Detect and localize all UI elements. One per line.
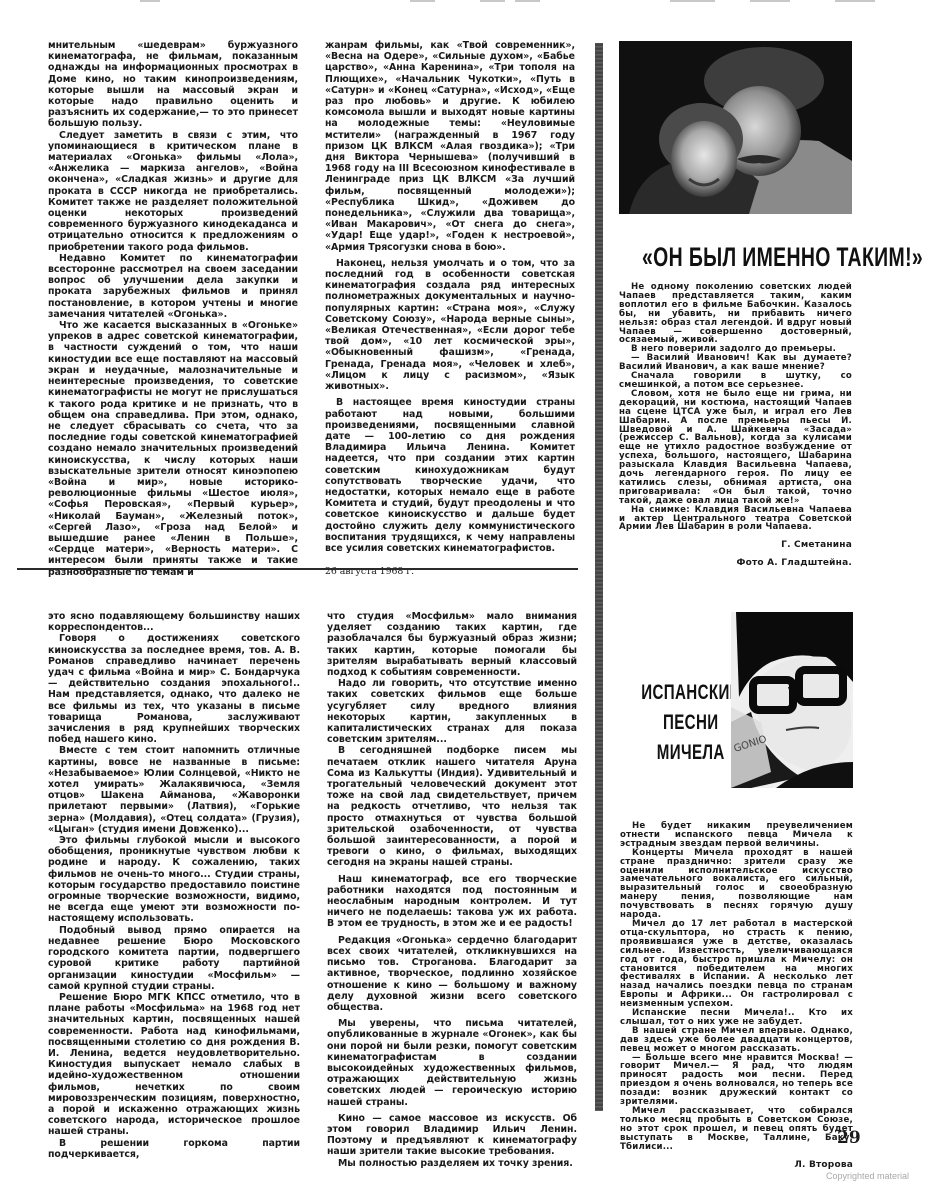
paragraph: — Василий Иванович! Как вы думаете? Васи… <box>619 354 852 372</box>
headline-line: ПЕСНИ МИЧЕЛА <box>636 708 745 768</box>
photo-chapaeva-shabarin <box>619 41 852 214</box>
copyright-watermark: Copyrighted material <box>826 1171 909 1181</box>
paragraph: Словом, хотя не было еще ни грима, ни де… <box>619 390 852 506</box>
paragraph: мнительным «шедеврам» буржуазного кинема… <box>48 40 298 130</box>
upper-article-column-2: жанрам фильмы, как «Твой современник», «… <box>325 40 575 577</box>
paragraph: Мичел рассказывает, что собирался только… <box>620 1107 853 1152</box>
paragraph-text: Работа над кинофильмами, посвященными ст… <box>48 1026 300 1138</box>
vertical-divider-bar <box>595 43 603 1111</box>
paragraph: Редакция «Огонька» сердечно благодарит в… <box>327 935 577 1013</box>
page-number: 29 <box>837 1128 861 1148</box>
paragraph: Следует заметить в связи с этим, что упо… <box>48 130 298 253</box>
scan-mark <box>750 0 790 2</box>
paragraph: Концерты Мичела проходят в нашей стране … <box>620 849 853 920</box>
horizontal-divider <box>17 568 578 570</box>
paragraph: Испанские песни Мичела!.. Кто их слышал,… <box>620 1009 853 1027</box>
paragraph: Мы уверены, что письма читателей, опубли… <box>327 1018 577 1108</box>
paragraph: — Больше всего мне нравится Москва! — го… <box>620 1054 853 1107</box>
paragraph: Недавно Комитет по кинематографии всесто… <box>48 253 298 320</box>
paragraph-text: Решение Бюро МГК КПСС отметило, что в пл… <box>48 992 300 1014</box>
paragraph: Сначала говорили в шутку, со смешинкой, … <box>619 372 852 390</box>
photo-credit: Фото А. Гладштейна. <box>619 559 852 568</box>
photo-caption: На снимке: Клавдия Васильевна Чапаева и … <box>619 506 852 533</box>
paragraph: что студия «Мосфильм» мало внимания удел… <box>327 611 577 678</box>
headline-chapaev: «ОН БЫЛ ИМЕННО ТАКИМ!» <box>642 242 923 273</box>
paragraph: Мичел до 17 лет работал в мастерской отц… <box>620 920 853 1009</box>
paragraph: Говоря о достижениях советского киноиску… <box>48 633 300 745</box>
paragraph: Подобный вывод прямо опирается на недавн… <box>48 925 300 992</box>
paragraph: Не будет никаким преувеличением отнести … <box>620 822 853 849</box>
paragraph: это ясно подавляющему большинству наших … <box>48 611 300 633</box>
paragraph: жанрам фильмы, как «Твой современник», «… <box>325 40 575 253</box>
paragraph: Кино — самое массовое из искусств. Об эт… <box>327 1113 577 1158</box>
photo-michel-portrait: GONIO <box>731 612 853 788</box>
lower-article-column-2: что студия «Мосфильм» мало внимания удел… <box>327 611 577 1169</box>
scan-mark <box>410 0 435 2</box>
paragraph: В нашей стране Мичел впервые. Однако, да… <box>620 1027 853 1054</box>
scan-mark <box>670 0 715 2</box>
photo-illustration <box>619 41 852 214</box>
lower-article-column-1: это ясно подавляющему большинству наших … <box>48 611 300 1160</box>
scan-mark <box>835 0 875 2</box>
paragraph: Мы полностью разделяем их точку зрения. <box>327 1158 577 1169</box>
author-signature: Г. Сметанина <box>619 541 852 550</box>
paragraph: Наконец, нельзя умолчать и о том, что за… <box>325 258 575 392</box>
paragraph: В настоящее время киностудии страны рабо… <box>325 397 575 554</box>
paragraph: Не одному поколению советских людей Чапа… <box>619 283 852 345</box>
paragraph: В решении горкома партии подчеркивается, <box>48 1138 300 1160</box>
paragraph: Решение Бюро МГК КПСС отметило, что в пл… <box>48 992 300 1138</box>
upper-article-column-1: мнительным «шедеврам» буржуазного кинема… <box>48 40 298 578</box>
headline-line: ИСПАНСКИЕ <box>636 678 745 708</box>
author-signature: Л. Второва <box>620 1161 853 1170</box>
paragraph: Это фильмы глубокой мысли и высокого обо… <box>48 835 300 925</box>
paragraph: Наш кинематограф, все его творческие раб… <box>327 874 577 930</box>
headline-michel: ИСПАНСКИЕ ПЕСНИ МИЧЕЛА <box>636 678 745 768</box>
chapaev-article-body: Не одному поколению советских людей Чапа… <box>619 283 852 568</box>
paragraph: Надо ли говорить, что отсутствие именно … <box>327 678 577 745</box>
scan-mark <box>515 0 540 2</box>
paragraph: Вместе с тем стоит напомнить отличные ка… <box>48 745 300 835</box>
photo-illustration: GONIO <box>731 612 853 788</box>
michel-article-body: Не будет никаким преувеличением отнести … <box>620 822 853 1169</box>
paragraph: В сегодняшней подборке писем мы печатаем… <box>327 745 577 868</box>
paragraph: Что же касается высказанных в «Огоньке» … <box>48 320 298 578</box>
scan-mark <box>480 0 505 2</box>
scan-mark <box>140 0 160 2</box>
